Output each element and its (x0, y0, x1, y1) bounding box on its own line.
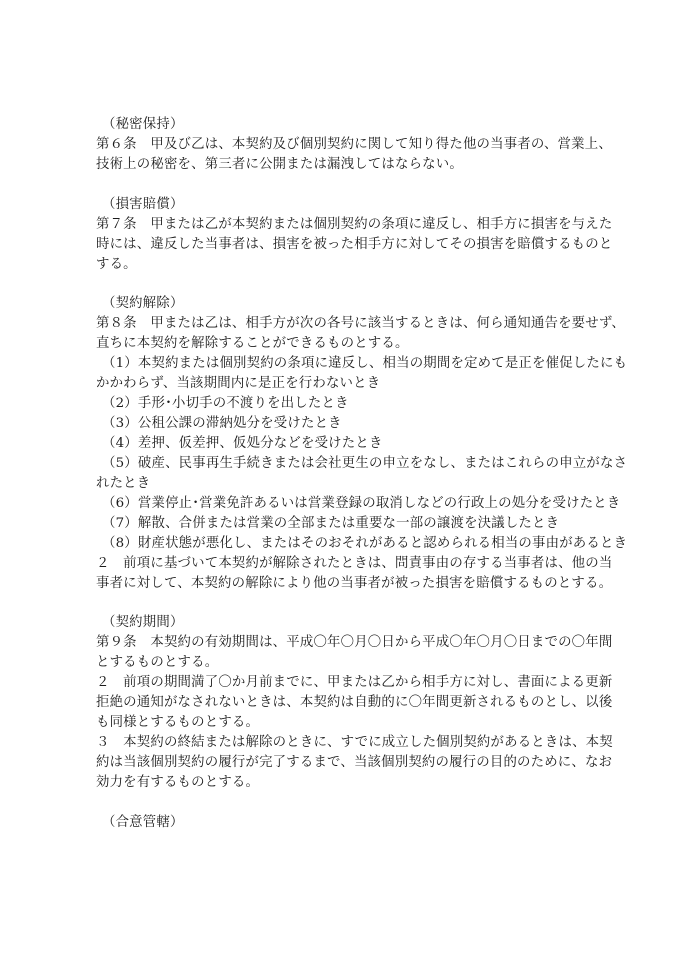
article-9-para-2-line-3: も同様とするものとする。 (96, 713, 588, 733)
spacer (96, 175, 588, 195)
article-7-line-2: 時には、違反した当事者は、損害を被った相手方に対してその損害を賠償するものと (96, 235, 588, 255)
article-8-item-2: （2）手形･小切手の不渡りを出したとき (96, 394, 588, 414)
section-heading-damages: （損害賠償） (96, 195, 588, 215)
article-8-item-1: （1）本契約または個別契約の条項に違反し、相当の期間を定めて是正を催促したにも (96, 354, 588, 374)
article-9-line-2: とするものとする。 (96, 653, 588, 673)
spacer (96, 594, 588, 614)
article-8-item-8: （8）財産状態が悪化し、またはそのおそれがあると認められる相当の事由があるとき (96, 534, 588, 554)
article-9-para-3-line-2: 約は当該個別契約の履行が完了するまで、当該個別契約の履行の目的のために、なお (96, 753, 588, 773)
article-8-item-5: （5）破産、民事再生手続きまたは会社更生の申立をなし、またはこれらの申立がなさ (96, 454, 588, 474)
article-6-line-2: 技術上の秘密を、第三者に公開または漏洩してはならない。 (96, 155, 588, 175)
article-8-para-2-line-2: 事者に対して、本契約の解除により他の当事者が被った損害を賠償するものとする。 (96, 574, 588, 594)
section-heading-confidentiality: （秘密保持） (96, 115, 588, 135)
spacer (96, 275, 588, 295)
article-8-item-5-cont: れたとき (96, 474, 588, 494)
article-8-item-3: （3）公租公課の滞納処分を受けたとき (96, 414, 588, 434)
article-9-line-1: 第９条 本契約の有効期間は、平成〇年〇月〇日から平成〇年〇月〇日までの〇年間 (96, 633, 588, 653)
article-9-para-2-line-1: ２ 前項の期間満了〇か月前までに、甲または乙から相手方に対し、書面による更新 (96, 673, 588, 693)
article-8-item-6: （6）営業停止･営業免許あるいは営業登録の取消しなどの行政上の処分を受けたとき (96, 494, 588, 514)
article-7-line-3: する。 (96, 255, 588, 275)
article-8-item-1-cont: かかわらず、当該期間内に是正を行わないとき (96, 374, 588, 394)
article-6-line-1: 第６条 甲及び乙は、本契約及び個別契約に関して知り得た他の当事者の、営業上、 (96, 135, 588, 155)
article-8-line-1: 第８条 甲または乙は、相手方が次の各号に該当するときは、何ら通知通告を要せず、 (96, 314, 588, 334)
article-9-para-3-line-3: 効力を有するものとする。 (96, 773, 588, 793)
article-8-line-2: 直ちに本契約を解除することができるものとする。 (96, 334, 588, 354)
article-8-para-2-line-1: ２ 前項に基づいて本契約が解除されたときは、問責事由の存する当事者は、他の当 (96, 554, 588, 574)
section-heading-termination: （契約解除） (96, 294, 588, 314)
article-7-line-1: 第７条 甲または乙が本契約または個別契約の条項に違反し、相手方に損害を与えた (96, 215, 588, 235)
article-8-item-4: （4）差押、仮差押、仮処分などを受けたとき (96, 434, 588, 454)
document-page: （秘密保持） 第６条 甲及び乙は、本契約及び個別契約に関して知り得た他の当事者の… (96, 115, 588, 833)
article-9-para-2-line-2: 拒絶の通知がなされないときは、本契約は自動的に〇年間更新されるものとし、以後 (96, 693, 588, 713)
article-8-item-7: （7）解散、合併または営業の全部または重要な一部の譲渡を決議したとき (96, 514, 588, 534)
spacer (96, 793, 588, 813)
article-9-para-3-line-1: ３ 本契約の終結または解除のときに、すでに成立した個別契約があるときは、本契 (96, 733, 588, 753)
section-heading-term: （契約期間） (96, 613, 588, 633)
section-heading-jurisdiction: （合意管轄） (96, 813, 588, 833)
